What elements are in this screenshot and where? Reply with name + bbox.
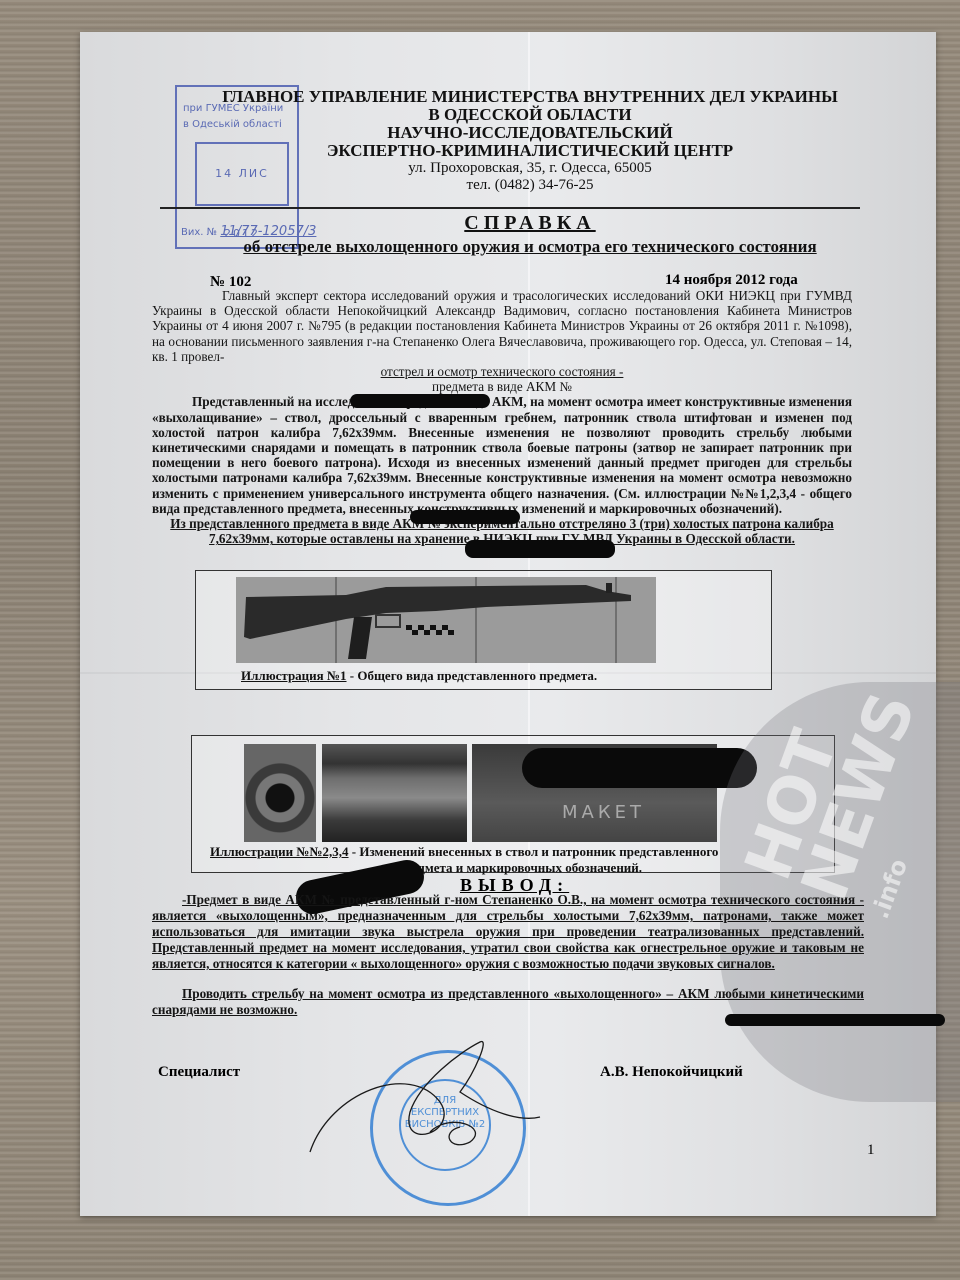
- figure-1-text: - Общего вида представленного предмета.: [347, 668, 598, 683]
- redaction: [725, 1014, 945, 1026]
- findings-paragraph: Представленный на исследование предмет в…: [152, 394, 852, 516]
- org-dept: НАУЧНО-ИССЛЕДОВАТЕЛЬСКИЙ: [200, 124, 860, 142]
- signature-icon: [290, 1032, 550, 1182]
- rifle-photo: [236, 577, 656, 663]
- intro-paragraph: Главный эксперт сектора исследований ору…: [152, 288, 852, 364]
- barrel-muzzle-photo: [244, 744, 316, 842]
- marking-text: МАКЕТ: [562, 802, 645, 823]
- letterhead: ГЛАВНОЕ УПРАВЛЕНИЕ МИНИСТЕРСТВА ВНУТРЕНН…: [200, 88, 860, 194]
- signer-name: А.В. Непокойчицкий: [600, 1064, 743, 1081]
- redaction: [410, 510, 520, 524]
- intro-object: предмета в виде АКМ №: [152, 379, 852, 394]
- rifle-icon: [236, 577, 656, 663]
- title: СПРАВКА: [200, 212, 860, 235]
- org-address: ул. Прохоровская, 35, г. Одесса, 65005: [200, 160, 860, 177]
- figure-1-frame: Иллюстрация №1 - Общего вида представлен…: [195, 570, 772, 690]
- figure-1-caption: Иллюстрация №1 - Общего вида представлен…: [241, 668, 597, 684]
- org-center: ЭКСПЕРТНО-КРИМИНАЛИСТИЧЕСКИЙ ЦЕНТР: [200, 142, 860, 160]
- redaction: [522, 748, 757, 788]
- header-divider: [160, 207, 860, 209]
- page-number: 1: [867, 1142, 875, 1159]
- org-region: В ОДЕССКОЙ ОБЛАСТИ: [200, 106, 860, 124]
- document-title: СПРАВКА об отстреле выхолощенного оружия…: [200, 212, 860, 257]
- conclusion-paragraph: -Предмет в виде АКМ № представленный г-н…: [152, 892, 864, 972]
- document-date: 14 ноября 2012 года: [665, 272, 798, 289]
- figure-2-text: - Изменений внесенных в ствол и патронни…: [349, 844, 719, 859]
- intro-action: отстрел и осмотр технического состояния …: [152, 364, 852, 379]
- figure-2-label: Иллюстрации №№2,3,4: [210, 844, 349, 859]
- org-name: ГЛАВНОЕ УПРАВЛЕНИЕ МИНИСТЕРСТВА ВНУТРЕНН…: [200, 88, 860, 106]
- document-page: при ГУМЕС України в Одеській області 14 …: [80, 32, 936, 1216]
- org-phone: тел. (0482) 34-76-25: [200, 177, 860, 194]
- chamber-photo: [322, 744, 467, 842]
- redaction: [350, 394, 490, 408]
- signature-label: Специалист: [158, 1064, 240, 1081]
- document-body: Главный эксперт сектора исследований ору…: [152, 288, 852, 546]
- redaction: [465, 540, 615, 558]
- figure-1-label: Иллюстрация №1: [241, 668, 347, 683]
- subtitle: об отстреле выхолощенного оружия и осмот…: [200, 237, 860, 257]
- conclusion: -Предмет в виде АКМ № представленный г-н…: [152, 892, 864, 1018]
